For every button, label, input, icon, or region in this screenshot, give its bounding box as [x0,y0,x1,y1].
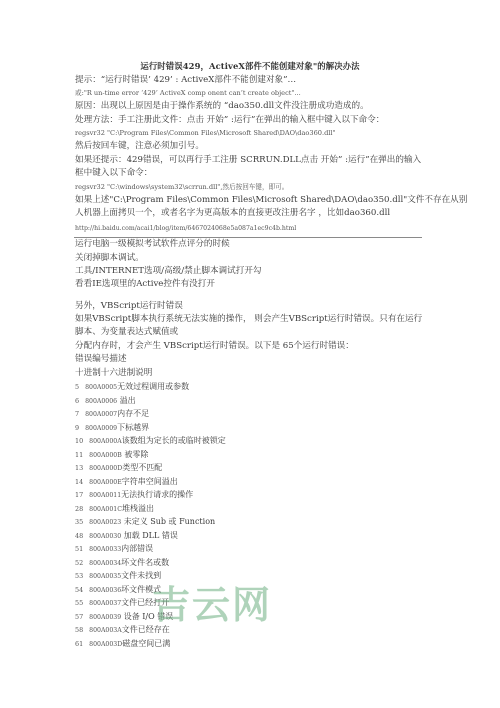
error-row: 7800A0007内存不足 [75,409,149,420]
error-decimal: 57 [75,612,83,622]
error-row: 51800A0033内部错误 [75,544,153,555]
error-row: 6800A0006 溢出 [75,396,136,407]
error-hex: 800A0039 [89,614,121,621]
error-decimal: 52 [75,558,83,568]
error-row: 10800A000A该数组为定长的或临时被锁定 [75,436,226,447]
text-line: 然后按回车键，注意必须加引号。 [75,141,204,152]
error-decimal: 54 [75,585,83,595]
error-hex: 800A001C [89,506,122,513]
error-hex: 800A000D [89,465,122,472]
error-description: 无法执行请求的操作 [121,490,193,499]
text-line: regsvr32 "C:\windows\system32\scrrun.dll… [75,182,288,193]
watermark-logo: 吉云网 [152,585,272,625]
error-row: 53800A0035文件未找到 [75,571,161,582]
error-hex: 800A0033 [89,546,121,553]
error-row: 61800A003D磁盘空间已满 [75,639,170,650]
text-line: 看看IE选项里的Active控件有没打开 [75,279,215,290]
text-line: 如果还提示：429错误，可以再行手工注册 SCRRUN.DLL点击 开始” :运… [75,155,421,166]
error-decimal: 9 [75,423,79,433]
error-decimal: 35 [75,517,83,527]
source-link[interactable]: http://hi.baidu.com/acai1/blog/item/6467… [75,223,296,234]
error-decimal: 55 [75,598,83,608]
error-description: 磁盘空间已满 [122,639,170,648]
error-description: 被零除 [122,450,149,459]
error-hex: 800A000B [89,452,122,459]
error-hex: 800A0006 [85,398,117,405]
text-line: 另外，VBScript运行时错误 [75,301,183,312]
error-decimal: 48 [75,531,83,541]
error-decimal: 61 [75,639,83,649]
text-line: 工具/INTERNET选项/高级/禁止脚本调试打开勾 [75,266,262,277]
error-row: 48800A0030 加载 DLL 错误 [75,531,178,542]
divider [74,237,422,238]
table-header: 十进制十六进制说明 [75,368,152,379]
text-line: 框中键入以下命令： [75,168,152,179]
error-description: 无效过程调用或参数 [117,382,189,391]
error-hex: 800A000A [89,438,122,445]
text-line: 原因：出现以上原因是由于操作系统的 “dao350.dll文件没注册成功造成的。 [75,101,369,112]
error-hex: 800A0005 [85,384,117,391]
error-hex: 800A0037 [89,600,121,607]
text-line: 处理方法：手工注册此文件：点击 开始” :运行”在弹出的输入框中键入以下命令： [75,115,384,126]
error-decimal: 7 [75,409,79,419]
error-hex: 800A0011 [89,492,121,499]
table-header: 错误编号描述 [75,354,127,365]
error-hex: 800A0023 [89,519,121,526]
text-line: 提示：“运行时错误’ 429’ : ActiveX部件不能创建对象”… [75,75,296,86]
error-row: 35800A0023 未定义 Sub 或 Function [75,517,215,528]
text-line: 如果上述"C:\Program Files\Common Files\Micro… [75,195,467,206]
error-row: 28800A001C堆栈溢出 [75,504,154,515]
error-hex: 800A0007 [85,411,117,418]
error-decimal: 5 [75,382,79,392]
error-hex: 800A003D [89,641,122,648]
text-line: 或:"R un-time error ‘429’ ActiveX comp on… [75,88,301,99]
error-decimal: 58 [75,625,83,635]
error-hex: 800A0036 [89,587,121,594]
text-line: 人机器上面拷贝一个，或者名字为更高版本的直接更改注册名字 ，比如dao360.d… [75,208,390,219]
error-hex: 800A0030 [89,533,121,540]
text-line: 运行电脑一级模拟考试软件点评分的时候 [75,239,230,250]
error-decimal: 51 [75,544,83,554]
error-decimal: 10 [75,436,83,446]
error-description: 该数组为定长的或临时被锁定 [122,436,226,445]
error-decimal: 28 [75,504,83,514]
error-row: 14800A000E字符串空间溢出 [75,477,178,488]
error-row: 9800A0009下标越界 [75,423,149,434]
document-page: 运行时错误429，ActiveX部件不能创建对象"的解决办法 提示：“运行时错误… [0,0,500,708]
error-row: 17800A0011无法执行请求的操作 [75,490,193,501]
error-description: 字符串空间溢出 [122,477,178,486]
document-title: 运行时错误429，ActiveX部件不能创建对象"的解决办法 [0,60,500,72]
error-hex: 800A0009 [85,425,117,432]
text-line: 关闭掉脚本调试。 [75,253,144,264]
error-row: 54800A0036坏文件模式 [75,585,161,596]
error-description: 内部错误 [121,544,153,553]
error-row: 52800A0034坏文件名或数 [75,558,169,569]
error-description: 堆栈溢出 [122,504,154,513]
error-decimal: 17 [75,490,83,500]
error-hex: 800A0034 [89,560,121,567]
error-decimal: 11 [75,450,83,460]
error-description: 类型不匹配 [122,463,162,472]
error-description: 加载 DLL 错误 [121,531,178,540]
error-description: 坏文件名或数 [121,558,169,567]
error-hex: 800A0035 [89,573,121,580]
error-decimal: 14 [75,477,83,487]
error-decimal: 13 [75,463,83,473]
text-line: regsvr32 "C:\Program Files\Common Files\… [75,128,336,139]
error-decimal: 53 [75,571,83,581]
text-line: 脚本、为变量表达式赋值或 [75,327,178,338]
error-description: 溢出 [117,396,136,405]
error-hex: 800A003A [89,627,122,634]
error-row: 5800A0005无效过程调用或参数 [75,382,189,393]
text-line: 如果VBScript脚本执行系统无法实施的操作， 则会产生VBScript运行时… [75,314,422,325]
error-row: 13800A000D类型不匹配 [75,463,162,474]
error-description: 下标越界 [117,423,149,432]
error-row: 11800A000B 被零除 [75,450,148,461]
error-hex: 800A000E [89,479,122,486]
error-description: 内存不足 [117,409,149,418]
error-decimal: 6 [75,396,79,406]
text-line: 分配内存时，才会产生 VBScript运行时错误。以下是 65个运行时错误： [75,341,354,352]
error-description: 文件未找到 [121,571,161,580]
error-description: 未定义 Sub 或 Function [121,517,215,526]
